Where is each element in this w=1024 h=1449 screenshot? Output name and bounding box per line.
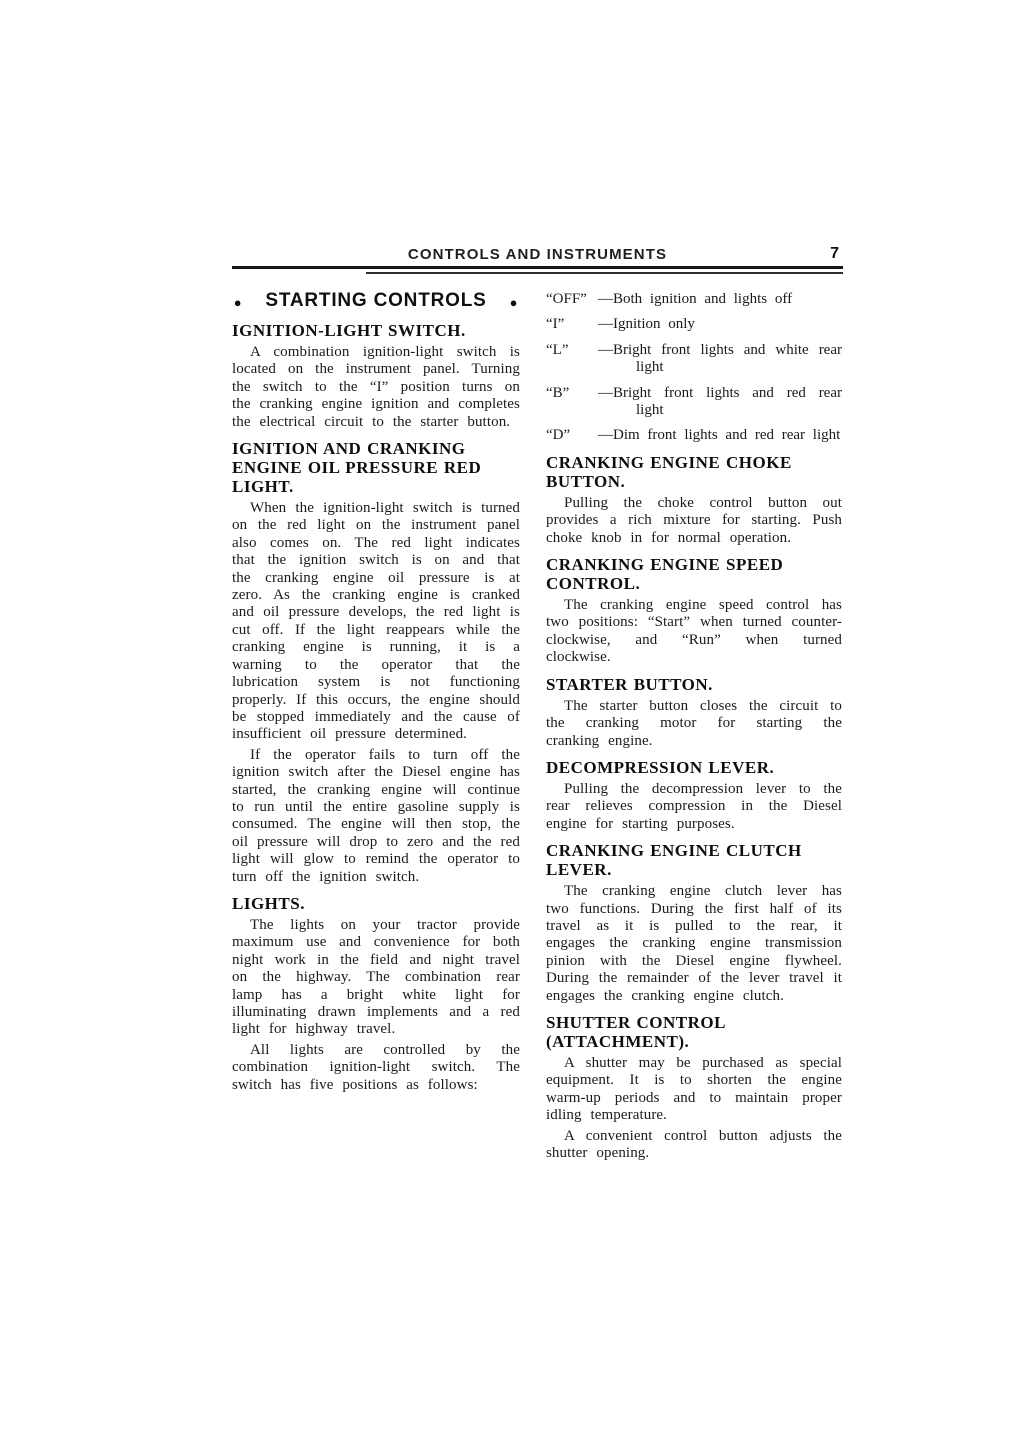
switch-position-term: “I” bbox=[546, 316, 598, 333]
paragraph: A combination ignition-light switch is l… bbox=[232, 344, 520, 431]
section-heading: CRANKING ENGINE SPEED CONTROL. bbox=[546, 555, 842, 593]
switch-position-item: “L”—Bright front lights and white rear l… bbox=[546, 342, 842, 377]
section-heading: IGNITION-LIGHT SWITCH. bbox=[232, 321, 520, 340]
section-heading: STARTER BUTTON. bbox=[546, 675, 842, 694]
paragraph: A shutter may be purchased as special eq… bbox=[546, 1055, 842, 1125]
running-head-title: CONTROLS AND INSTRUMENTS bbox=[408, 246, 667, 263]
switch-position-item: “B”—Bright front lights and red rear lig… bbox=[546, 385, 842, 420]
page-body: ●STARTING CONTROLS●IGNITION-LIGHT SWITCH… bbox=[232, 289, 842, 1165]
switch-position-definition: —Bright front lights and white rear ligh… bbox=[598, 342, 842, 377]
paragraph: Pulling the choke control button out pro… bbox=[546, 495, 842, 547]
section-heading: CRANKING ENGINE CLUTCH LEVER. bbox=[546, 841, 842, 879]
page-number: 7 bbox=[830, 245, 839, 263]
switch-position-definition: —Ignition only bbox=[598, 316, 842, 333]
section-heading: LIGHTS. bbox=[232, 894, 520, 913]
header-rule-echo bbox=[366, 272, 843, 274]
main-heading-label: STARTING CONTROLS bbox=[265, 290, 486, 312]
switch-position-item: “I”—Ignition only bbox=[546, 316, 842, 333]
bullet-icon: ● bbox=[234, 296, 243, 309]
page-header: CONTROLS AND INSTRUMENTS 7 bbox=[232, 245, 843, 267]
bullet-icon: ● bbox=[510, 296, 519, 309]
switch-position-item: “D”—Dim front lights and red rear light bbox=[546, 427, 842, 444]
header-rule bbox=[232, 266, 843, 269]
section-heading: DECOMPRESSION LEVER. bbox=[546, 758, 842, 777]
section-heading: CRANKING ENGINE CHOKE BUTTON. bbox=[546, 453, 842, 491]
right-column: “OFF”—Both ignition and lights off“I”—Ig… bbox=[546, 289, 842, 1165]
switch-position-term: “L” bbox=[546, 342, 598, 377]
paragraph: When the ignition-light switch is turned… bbox=[232, 500, 520, 744]
paragraph: The cranking engine clutch lever has two… bbox=[546, 883, 842, 1005]
paragraph: All lights are controlled by the combina… bbox=[232, 1042, 520, 1094]
paragraph: The lights on your tractor provide maxim… bbox=[232, 917, 520, 1039]
switch-position-term: “D” bbox=[546, 427, 598, 444]
switch-position-term: “OFF” bbox=[546, 291, 598, 308]
paragraph: Pulling the decompression lever to the r… bbox=[546, 781, 842, 833]
left-column: ●STARTING CONTROLS●IGNITION-LIGHT SWITCH… bbox=[232, 289, 520, 1165]
switch-position-term: “B” bbox=[546, 385, 598, 420]
paragraph: A convenient control button adjusts the … bbox=[546, 1128, 842, 1163]
section-heading: SHUTTER CONTROL (ATTACHMENT). bbox=[546, 1013, 842, 1051]
switch-positions-list: “OFF”—Both ignition and lights off“I”—Ig… bbox=[546, 291, 842, 445]
switch-position-definition: —Bright front lights and red rear light bbox=[598, 385, 842, 420]
paragraph: The starter button closes the circuit to… bbox=[546, 698, 842, 750]
paragraph: The cranking engine speed control has tw… bbox=[546, 597, 842, 667]
paragraph: If the operator fails to turn off the ig… bbox=[232, 747, 520, 886]
switch-position-definition: —Both ignition and lights off bbox=[598, 291, 842, 308]
starting-controls-heading: ●STARTING CONTROLS● bbox=[232, 290, 520, 312]
switch-position-definition: —Dim front lights and red rear light bbox=[598, 427, 842, 444]
switch-position-item: “OFF”—Both ignition and lights off bbox=[546, 291, 842, 308]
section-heading: IGNITION AND CRANKING ENGINE OIL PRESSUR… bbox=[232, 439, 520, 496]
